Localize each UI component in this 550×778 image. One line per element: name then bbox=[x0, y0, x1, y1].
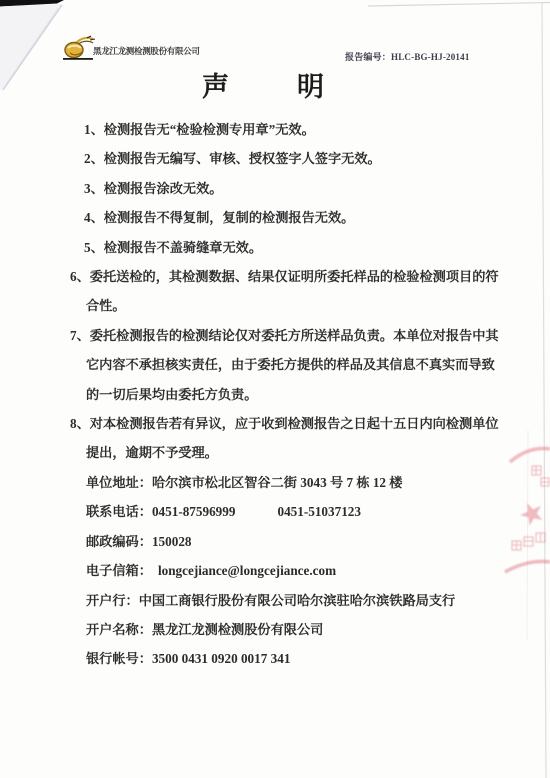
statement-body: 1、检测报告无“检验检测专用章”无效。 2、检测报告无编写、审核、授权签字人签字… bbox=[70, 115, 500, 674]
phone-value-1: 0451-87596999 bbox=[152, 504, 236, 519]
seal-arc-bottom bbox=[505, 561, 550, 572]
report-number: 报告编号：HLC-BG-HJ-20141 bbox=[345, 52, 470, 63]
title-char-1: 声 bbox=[202, 72, 229, 103]
phone-label: 联系电话： bbox=[86, 504, 152, 519]
seal-char-fragment-bottom bbox=[512, 533, 545, 550]
title-char-2: 明 bbox=[297, 72, 324, 103]
email-label: 电子信箱： bbox=[86, 563, 152, 578]
page-right-edge bbox=[542, 3, 546, 778]
red-seal-stamp bbox=[503, 438, 550, 583]
statement-item-4: 4、检测报告不得复制，复制的检测报告无效。 bbox=[70, 203, 500, 232]
seal-arc-top bbox=[510, 449, 550, 462]
seal-star bbox=[519, 502, 543, 527]
phone-value-2: 0451-51037123 bbox=[277, 504, 361, 519]
email-value: longcejiance@longcejiance.com bbox=[158, 563, 336, 578]
page-top-edge bbox=[368, 3, 550, 7]
seal-char-fragment-top bbox=[532, 466, 549, 486]
contact-postcode-line: 邮政编码：150028 bbox=[70, 527, 500, 556]
statement-item-8: 8、对本检测报告若有异议，应于收到检测报告之日起十五日内向检测单位提出，逾期不予… bbox=[70, 409, 500, 468]
contact-email-line: 电子信箱：longcejiance@longcejiance.com bbox=[70, 556, 500, 585]
company-logo-icon bbox=[62, 35, 96, 61]
folded-corner bbox=[0, 4, 62, 90]
account-number-value: 3500 0431 0920 0017 341 bbox=[152, 651, 290, 666]
scanner-edge-wedge bbox=[0, 0, 64, 7]
fold-crease-line bbox=[3, 5, 62, 90]
account-name-line: 开户名称：黑龙江龙测检测股份有限公司 bbox=[70, 615, 500, 644]
statement-item-7: 7、委托检测报告的检测结论仅对委托方所送样品负责。本单位对报告中其它内容不承担核… bbox=[70, 321, 500, 409]
bank-branch-line: 开户行：中国工商银行股份有限公司哈尔滨驻哈尔滨铁路局支行 bbox=[70, 586, 500, 615]
address-value: 哈尔滨市松北区智谷二街 3043 号 7 栋 12 楼 bbox=[152, 475, 403, 490]
report-number-label: 报告编号： bbox=[345, 52, 391, 62]
page-title: 声 明 bbox=[202, 72, 324, 103]
scanned-document-page: 黑龙江龙测检测股份有限公司 报告编号：HLC-BG-HJ-20141 声 明 1… bbox=[0, 0, 550, 778]
statement-item-6: 6、委托送检的，其检测数据、结果仅证明所委托样品的检验检测项目的符合性。 bbox=[70, 262, 500, 321]
report-number-value: HLC-BG-HJ-20141 bbox=[391, 52, 470, 62]
account-number-line: 银行帐号：3500 0431 0920 0017 341 bbox=[70, 644, 500, 673]
statement-item-3: 3、检测报告涂改无效。 bbox=[70, 174, 500, 203]
postcode-label: 邮政编码： bbox=[86, 534, 152, 549]
account-name-label: 开户名称： bbox=[86, 622, 152, 637]
contact-phone-line: 联系电话：0451-875969990451-51037123 bbox=[70, 497, 500, 526]
bank-label: 开户行： bbox=[86, 593, 139, 608]
postcode-value: 150028 bbox=[152, 534, 192, 549]
fold-crease-inner bbox=[6, 8, 58, 84]
bank-value: 中国工商银行股份有限公司哈尔滨驻哈尔滨铁路局支行 bbox=[139, 593, 456, 608]
account-name-value: 黑龙江龙测检测股份有限公司 bbox=[152, 622, 323, 637]
statement-item-1: 1、检测报告无“检验检测专用章”无效。 bbox=[70, 115, 500, 144]
company-name: 黑龙江龙测检测股份有限公司 bbox=[93, 46, 200, 57]
statement-item-2: 2、检测报告无编写、审核、授权签字人签字无效。 bbox=[70, 144, 500, 173]
contact-address-line: 单位地址：哈尔滨市松北区智谷二街 3043 号 7 栋 12 楼 bbox=[70, 468, 500, 497]
address-label: 单位地址： bbox=[86, 475, 152, 490]
statement-item-5: 5、检测报告不盖骑缝章无效。 bbox=[70, 233, 500, 262]
account-number-label: 银行帐号： bbox=[86, 651, 152, 666]
